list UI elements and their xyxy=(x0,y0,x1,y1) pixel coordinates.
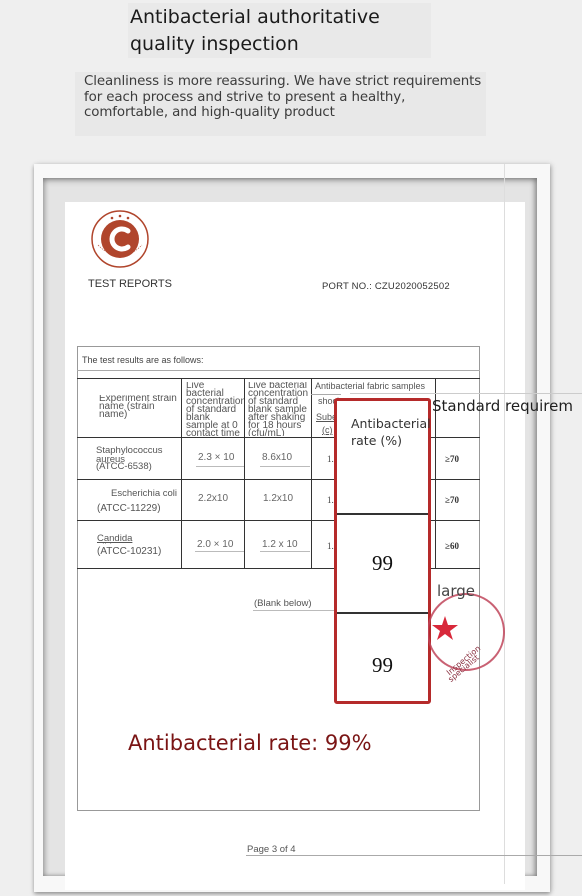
column-header-fabric: Antibacterial fabric samples xyxy=(315,381,425,391)
row-3-code: (ATCC-10231) xyxy=(97,547,161,556)
university-seal-icon xyxy=(90,209,150,269)
column-header-strain: Experiment strain name (strain name) xyxy=(99,395,179,429)
report-number: PORT NO.: CZU2020052502 xyxy=(322,281,450,292)
row-2-standard: ≥70 xyxy=(445,495,459,505)
column-subheader-c: (c) xyxy=(322,425,333,435)
headline-line-2: quality inspection xyxy=(130,31,431,58)
column-header-live-shaking: Live bacterial concentration of standard… xyxy=(248,382,310,436)
standard-divider xyxy=(350,393,582,394)
headline-line-1: Antibacterial authoritative xyxy=(130,4,431,31)
row-1-live-shaking: 8.6x10 xyxy=(262,452,292,463)
row-1-code: (ATCC-6538) xyxy=(96,462,152,471)
large-label: large xyxy=(437,582,475,600)
antibacterial-rate-value-2: 99 xyxy=(337,653,428,678)
row-3-live-contact: 2.0 × 10 xyxy=(197,539,233,550)
blank-below-note: (Blank below) xyxy=(254,598,312,609)
row-1-live-contact: 2.3 × 10 xyxy=(198,452,234,463)
row-1-fabric-value: 1. xyxy=(327,454,334,464)
row-2-fabric-value: 1. xyxy=(327,495,334,505)
row-1-standard: ≥70 xyxy=(445,454,459,464)
column-header-live-contact: Live bacterial concentration of standard… xyxy=(186,382,244,436)
report-title: TEST REPORTS xyxy=(88,278,172,290)
row-2-code: (ATCC-11229) xyxy=(97,504,161,513)
results-caption: The test results are as follows: xyxy=(82,355,204,365)
antibacterial-rate-value-1: 99 xyxy=(337,551,428,576)
row-3-fabric-value: 1. xyxy=(327,541,334,551)
column-header-standard: Standard requirem xyxy=(432,397,582,415)
row-2-live-shaking: 1.2x10 xyxy=(263,493,293,504)
antibacterial-rate-highlight: Antibacterial rate (%) 99 99 xyxy=(334,398,431,704)
page-number: Page 3 of 4 xyxy=(247,844,296,855)
row-3-strain: Candida albicans xyxy=(97,534,157,544)
antibacterial-rate-summary: Antibacterial rate: 99% xyxy=(128,731,372,755)
row-3-standard: ≥60 xyxy=(445,541,459,551)
row-2-strain: Escherichia coli xyxy=(111,489,177,498)
page-headline: Antibacterial authoritative quality insp… xyxy=(128,3,431,58)
page-description: Cleanliness is more reassuring. We have … xyxy=(75,72,486,136)
row-3-live-shaking: 1.2 x 10 xyxy=(262,539,298,550)
frame-edge xyxy=(504,164,505,884)
row-2-live-contact: 2.2x10 xyxy=(198,493,228,504)
antibacterial-rate-header: Antibacterial rate (%) xyxy=(351,415,421,449)
